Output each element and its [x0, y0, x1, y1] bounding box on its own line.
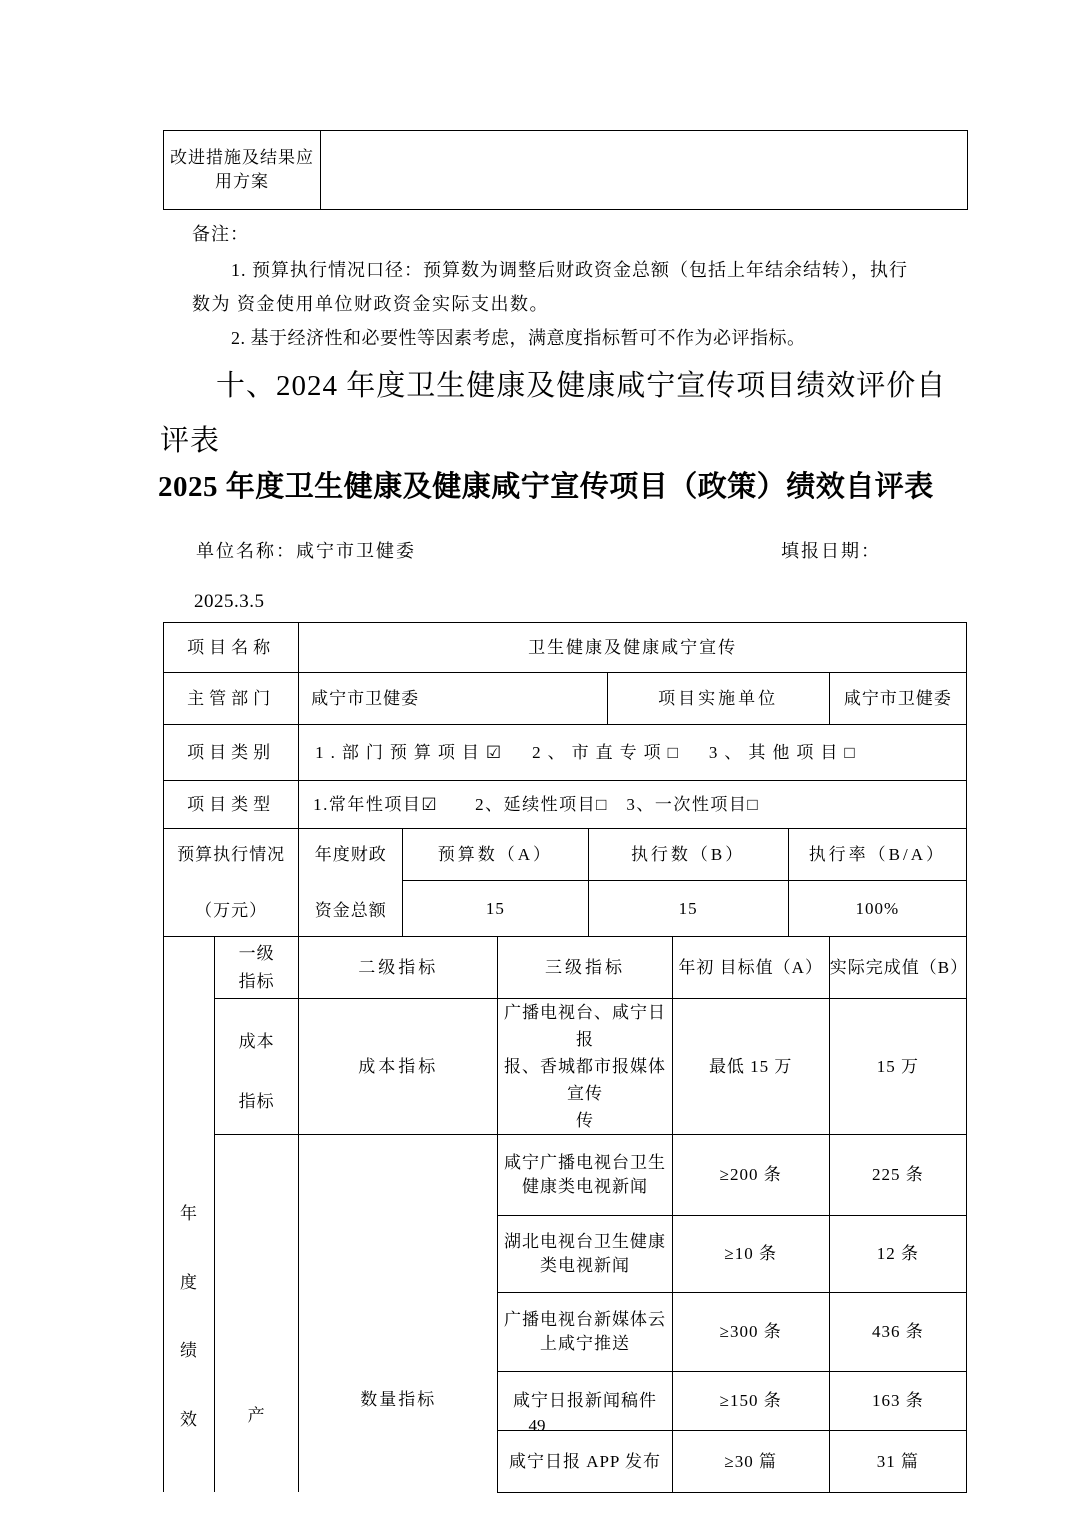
target-header: 年初 目标值（A） — [672, 937, 829, 999]
type-label: 项目类型 — [164, 781, 299, 829]
quantity-level2-text: 数量指标 — [360, 1388, 436, 1412]
implementing-unit-value: 咸宁市卫健委 — [829, 673, 966, 725]
improvement-value-cell — [321, 131, 968, 210]
level1-header-line2: 指标 — [239, 970, 275, 994]
notes-heading: 备注： — [192, 220, 249, 246]
table-row: 成本 指标 成本指标 广播电视台、咸宁日报 报、香城都市报媒体宣传 传 最低 1… — [164, 999, 967, 1135]
level3-header: 三级指标 — [498, 937, 672, 999]
side-char: 绩 — [180, 1339, 198, 1363]
project-name-value: 卫生健康及健康咸宁宣传 — [299, 623, 967, 673]
cost-level3-cell: 广播电视台、咸宁日报 报、香城都市报媒体宣传 传 — [498, 999, 672, 1135]
table-row: 产 数量指标 咸宁广播电视台卫生健康类电视新闻 ≥200 条 225 条 — [164, 1135, 967, 1216]
table-row: 改进措施及结果应用方案 — [164, 131, 968, 210]
type-checkbox-options: 1.常年性项目☑ 2、延续性项目□ 3、一次性项目□ — [299, 781, 967, 829]
indicator-level3-cell: 咸宁日报 APP 发布 — [498, 1431, 672, 1492]
execution-b-header: 执行数（B） — [588, 829, 788, 881]
cost-level2-cell: 成本指标 — [299, 999, 498, 1135]
heading-2025: 2025 年度卫生健康及健康咸宁宣传项目（政策）绩效自评表 — [158, 464, 934, 505]
cost-actual-value: 15 万 — [829, 999, 966, 1135]
heading-2024-line2: 评表 — [160, 418, 220, 459]
note-line: 1. 预算执行情况口径：预算数为调整后财政资金总额（包括上年结余结转），执行 — [231, 256, 908, 282]
funds-label-line2: 资金总额 — [315, 899, 387, 923]
rate-ba-value: 100% — [788, 881, 966, 937]
unit-name-line: 单位名称：咸宁市卫健委 — [196, 537, 416, 563]
budget-a-value: 15 — [403, 881, 588, 937]
project-name-label: 项目名称 — [164, 623, 299, 673]
table-row: 项目类别 1.部门预算项目☑ 2、市直专项□ 3、其他项目□ — [164, 725, 967, 781]
implementing-unit-label: 项目实施单位 — [607, 673, 829, 725]
unit-name-label: 单位名称： — [196, 541, 296, 561]
cost-level3-line: 广播电视台、咸宁日报 — [498, 999, 671, 1053]
cost-level3-line: 报、香城都市报媒体宣传 — [498, 1053, 671, 1107]
execution-b-value: 15 — [588, 881, 788, 937]
improvement-label-cell: 改进措施及结果应用方案 — [164, 131, 321, 210]
cost-level1-line2: 指标 — [239, 1090, 275, 1114]
table-row: 项目类型 1.常年性项目☑ 2、延续性项目□ 3、一次性项目□ — [164, 781, 967, 829]
table-row: 年 度 绩 效 一级 指标 二级指标 三级指标 年初 目标值（A） 实际完成值（… — [164, 937, 967, 999]
department-label: 主管部门 — [164, 673, 299, 725]
budget-label-line1: 预算执行情况 — [177, 843, 285, 867]
improvement-table: 改进措施及结果应用方案 — [163, 130, 968, 210]
table-row: 预算执行情况 （万元） 年度财政 资金总额 预算数（A） 执行数（B） 执行率（… — [164, 829, 967, 881]
funds-label-line1: 年度财政 — [315, 843, 387, 867]
indicator-target-cell: ≥200 条 — [672, 1135, 829, 1216]
output-level1-cell: 产 — [215, 1135, 299, 1493]
category-checkbox-options: 1.部门预算项目☑ 2、市直专项□ 3、其他项目□ — [299, 725, 967, 781]
indicator-level3-cell: 咸宁广播电视台卫生健康类电视新闻 — [498, 1135, 672, 1216]
note-line: 数为 资金使用单位财政资金实际支出数。 — [192, 290, 549, 316]
quantity-level2-cell: 数量指标 — [299, 1135, 498, 1493]
page-number: 49 — [0, 1416, 1074, 1436]
indicator-actual-cell: 12 条 — [829, 1216, 966, 1292]
rate-ba-header: 执行率（B/A） — [788, 829, 966, 881]
cost-level1-line1: 成本 — [239, 1030, 275, 1054]
indicator-target-cell: ≥300 条 — [672, 1292, 829, 1371]
level1-header-line1: 一级 — [239, 942, 275, 966]
note-line: 2. 基于经济性和必要性等因素考虑，满意度指标暂可不作为必评指标。 — [231, 324, 806, 350]
annual-funds-label: 年度财政 资金总额 — [299, 829, 403, 937]
report-date-value: 2025.3.5 — [194, 591, 265, 613]
indicator-level3-cell: 湖北电视台卫生健康类电视新闻 — [498, 1216, 672, 1292]
unit-name-value: 咸宁市卫健委 — [296, 541, 416, 561]
cost-level1-cell: 成本 指标 — [215, 999, 299, 1135]
heading-2024-line1: 十、2024 年度卫生健康及健康咸宁宣传项目绩效评价自 — [216, 363, 946, 404]
actual-header: 实际完成值（B） — [829, 937, 966, 999]
department-value: 咸宁市卫健委 — [299, 673, 607, 725]
indicator-level3-cell: 广播电视台新媒体云上咸宁推送 — [498, 1292, 672, 1371]
evaluation-table: 项目名称 卫生健康及健康咸宁宣传 主管部门 咸宁市卫健委 项目实施单位 咸宁市卫… — [163, 622, 967, 1493]
indicator-target-cell: ≥10 条 — [672, 1216, 829, 1292]
side-char: 年 — [180, 1202, 198, 1226]
level1-header: 一级 指标 — [215, 937, 299, 999]
document-page: 改进措施及结果应用方案 备注： 1. 预算执行情况口径：预算数为调整后财政资金总… — [0, 0, 1074, 1520]
indicator-actual-cell: 436 条 — [829, 1292, 966, 1371]
table-row: 项目名称 卫生健康及健康咸宁宣传 — [164, 623, 967, 673]
report-date-label: 填报日期： — [781, 537, 881, 563]
budget-execution-label: 预算执行情况 （万元） — [164, 829, 299, 937]
category-label: 项目类别 — [164, 725, 299, 781]
side-char: 度 — [180, 1271, 198, 1295]
budget-label-line2: （万元） — [195, 899, 267, 923]
level2-header: 二级指标 — [299, 937, 498, 999]
table-row: 主管部门 咸宁市卫健委 项目实施单位 咸宁市卫健委 — [164, 673, 967, 725]
cost-target-value: 最低 15 万 — [672, 999, 829, 1135]
budget-a-header: 预算数（A） — [403, 829, 588, 881]
indicator-target-cell: ≥30 篇 — [672, 1431, 829, 1492]
indicator-actual-cell: 31 篇 — [829, 1431, 966, 1492]
annual-performance-side-label: 年 度 绩 效 — [164, 937, 215, 1493]
cost-level3-line: 传 — [498, 1107, 671, 1134]
indicator-actual-cell: 225 条 — [829, 1135, 966, 1216]
